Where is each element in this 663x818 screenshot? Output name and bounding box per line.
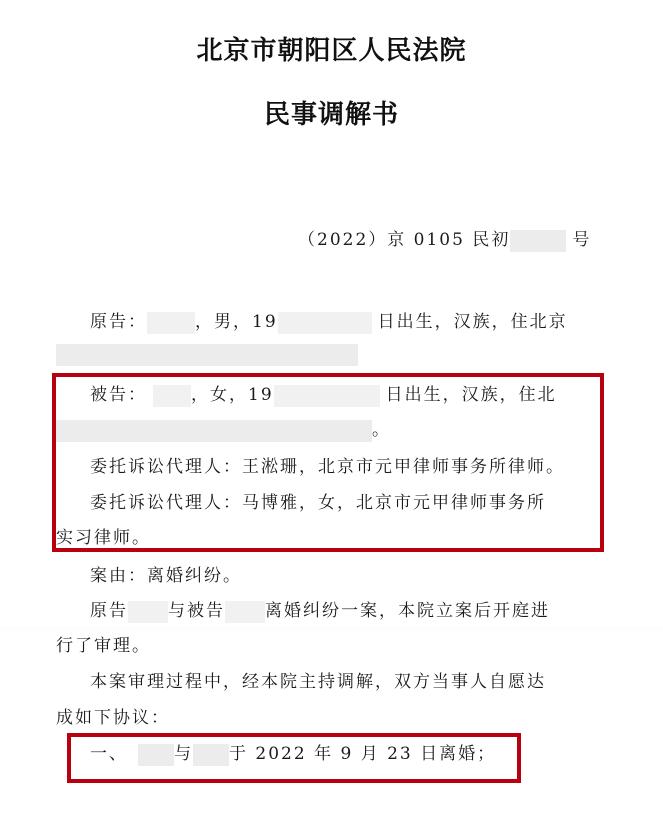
defendant-birth-suffix: 日出生，汉族，住北 (386, 385, 557, 405)
redacted-party-1 (138, 744, 174, 766)
redacted-defendant-birth (274, 385, 380, 407)
fade-band (0, 626, 663, 632)
redacted-case-number (510, 230, 566, 252)
redacted-plaintiff-address (56, 344, 358, 366)
document-type-title: 民事调解书 (0, 94, 663, 131)
case-number-prefix: （2022）京 0105 民初 (298, 230, 510, 250)
redacted-defendant-address (56, 420, 372, 442)
plaintiff-line: 原告：，男，19日出生，汉族，住北京 (90, 310, 568, 334)
defendant-label: 被告： (90, 385, 147, 405)
summary-defendant-label: 与被告 (168, 601, 225, 621)
plaintiff-label: 原告： (90, 312, 147, 332)
mediation-line-2: 成如下协议： (56, 706, 170, 730)
defendant-address-line: 。 (56, 418, 391, 442)
defendant-address-end: 。 (372, 420, 391, 440)
summary-text: 离婚纠纷一案，本院立案后开庭进 (265, 601, 550, 621)
case-summary-line-1: 原告与被告离婚纠纷一案，本院立案后开庭进 (90, 599, 550, 623)
agreement-prefix: 一、 (90, 744, 128, 764)
redacted-defendant-name (153, 385, 191, 407)
agent-2-line-2: 实习律师。 (56, 526, 151, 550)
agreement-suffix: 于 2022 年 9 月 23 日离婚； (229, 744, 496, 764)
mediation-line-1: 本案审理过程中，经本院主持调解，双方当事人自愿达 (90, 670, 546, 694)
agent-2-line-1: 委托诉讼代理人：马博雅，女，北京市元甲律师事务所 (90, 491, 546, 515)
case-number: （2022）京 0105 民初号 (298, 228, 591, 252)
case-summary-line-2: 行了审理。 (56, 634, 151, 658)
agent-1: 委托诉讼代理人：王淞珊，北京市元甲律师事务所律师。 (90, 455, 565, 479)
redacted-summary-plaintiff (128, 601, 168, 623)
redacted-summary-defendant (225, 601, 265, 623)
redacted-plaintiff-name (147, 312, 195, 334)
case-number-suffix: 号 (572, 230, 591, 250)
redacted-plaintiff-birth (278, 312, 372, 334)
plaintiff-gender: ，男，19 (195, 312, 278, 332)
redacted-party-2 (193, 744, 229, 766)
defendant-gender: ，女，19 (191, 385, 274, 405)
agreement-middle: 与 (174, 744, 193, 764)
summary-plaintiff-label: 原告 (90, 601, 128, 621)
defendant-line: 被告：，女，19日出生，汉族，住北 (90, 383, 557, 407)
plaintiff-birth-suffix: 日出生，汉族，住北京 (378, 312, 568, 332)
case-cause: 案由：离婚纠纷。 (90, 564, 242, 588)
agreement-item-1: 一、与于 2022 年 9 月 23 日离婚； (90, 742, 496, 766)
court-name: 北京市朝阳区人民法院 (0, 30, 663, 67)
